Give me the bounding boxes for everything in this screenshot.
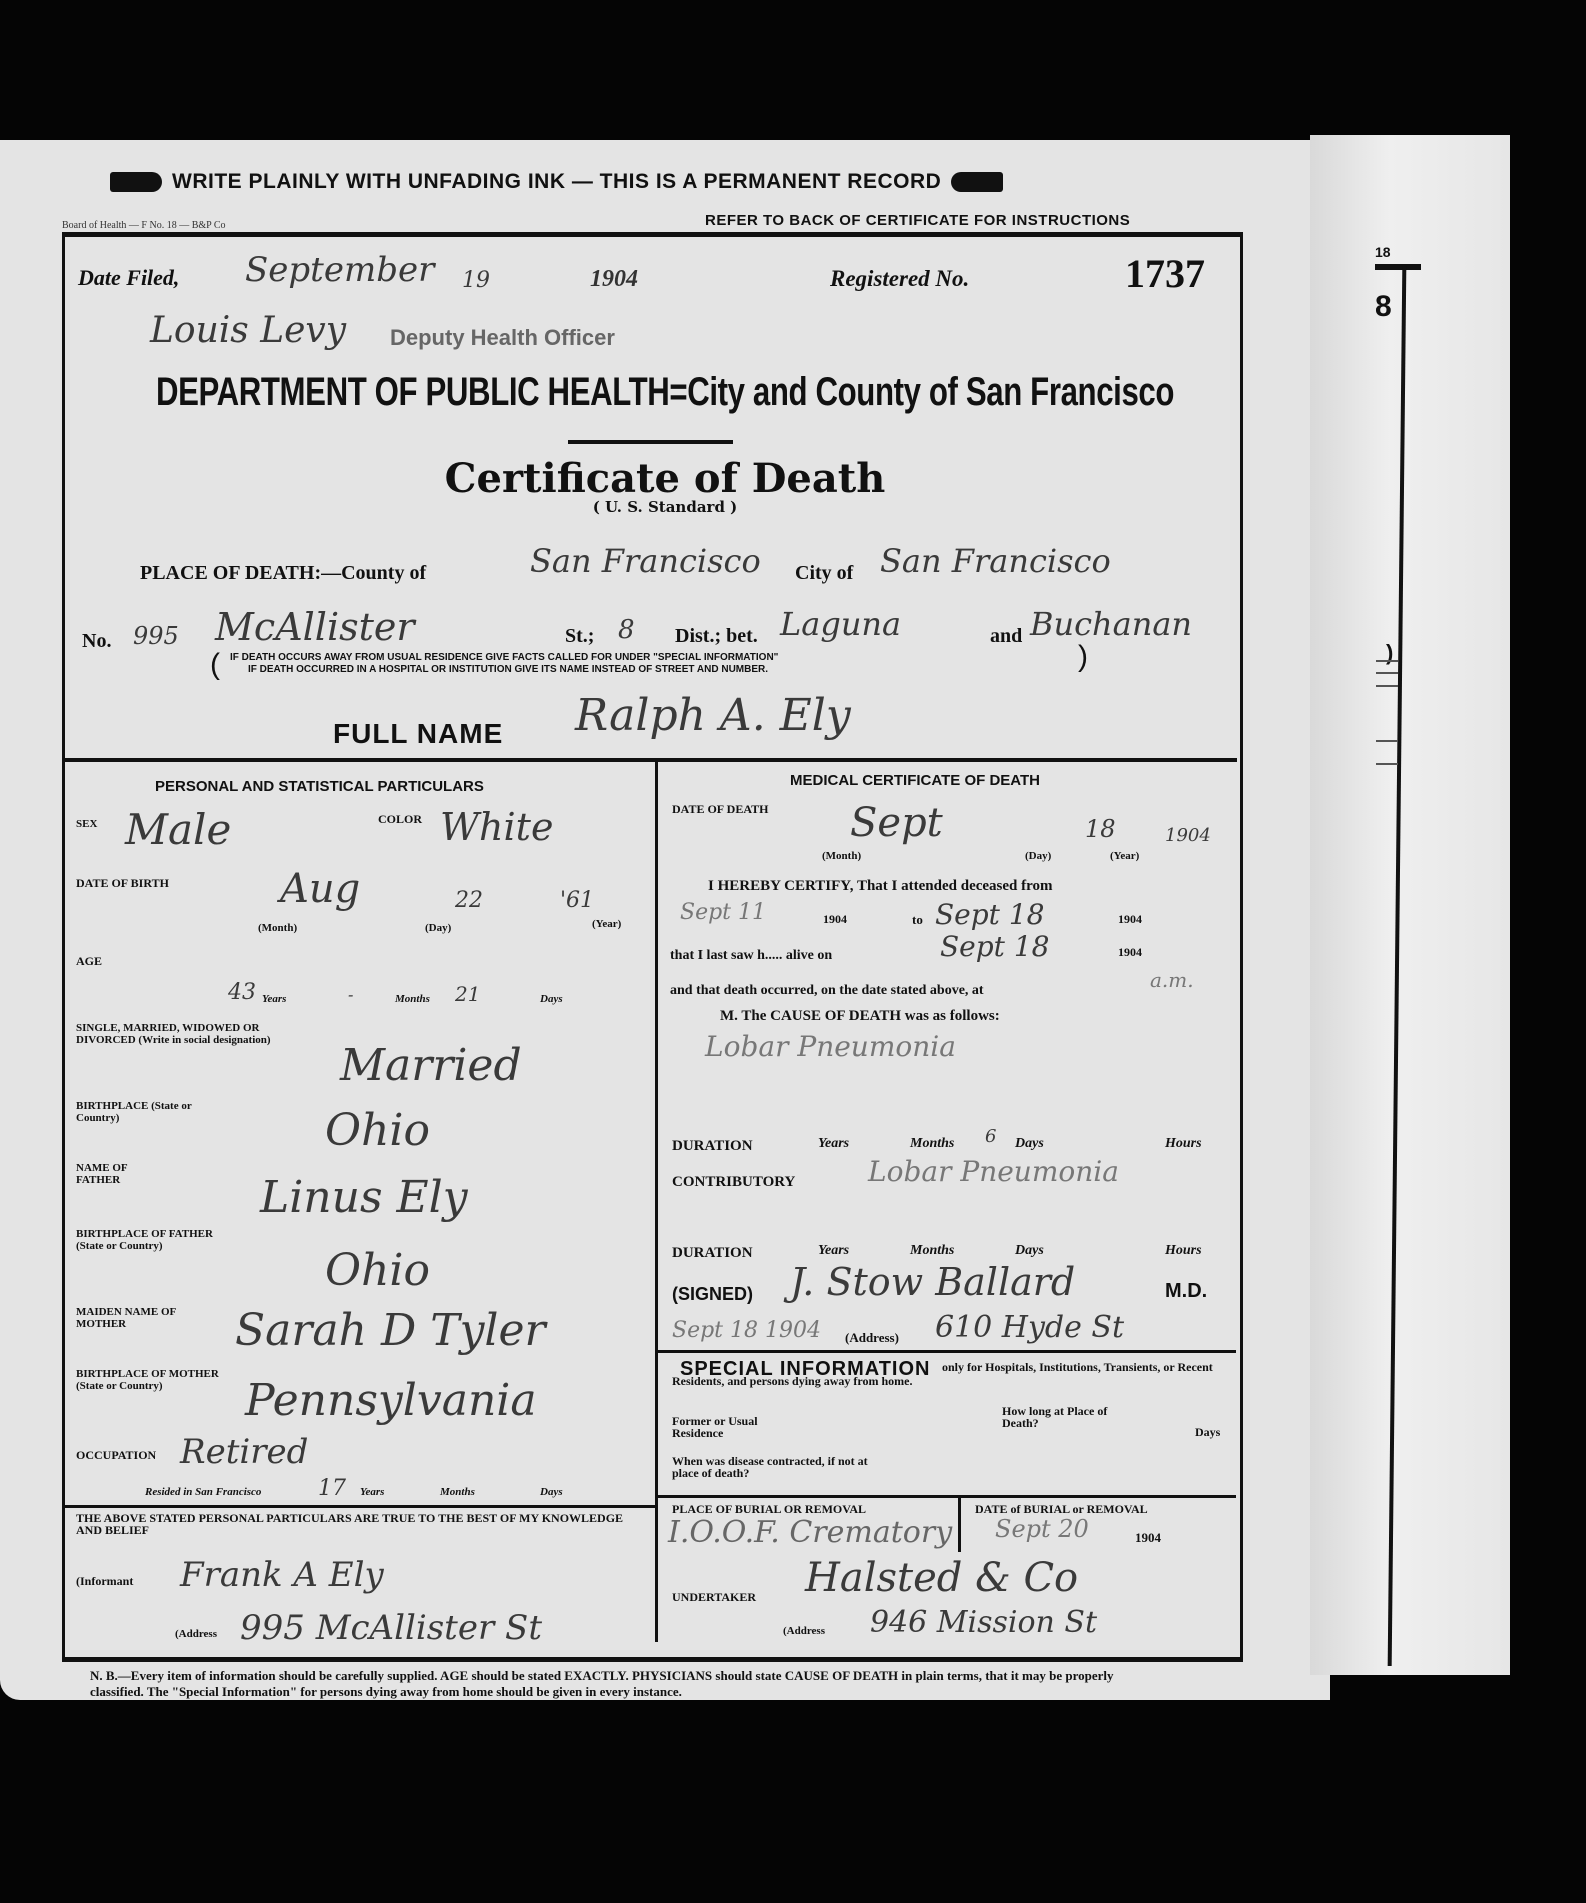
- duration-2-label: DURATION: [672, 1245, 753, 1262]
- age-years: 43: [228, 980, 256, 1005]
- special-divider: [658, 1350, 1236, 1353]
- street-no-value: 995: [133, 622, 179, 650]
- signed-label: (SIGNED): [672, 1284, 753, 1305]
- birthplace-label: BIRTHPLACE (State or Country): [76, 1100, 226, 1124]
- how-long-days-caption: Days: [1195, 1425, 1220, 1440]
- mother-value: Sarah D Tyler: [235, 1305, 546, 1356]
- dob-label: DATE OF BIRTH: [76, 876, 169, 891]
- burial-year-value: 1904: [1135, 1530, 1161, 1546]
- st-label: St.;: [565, 625, 594, 648]
- edge-tick: [1376, 763, 1398, 765]
- registered-number: 1737: [1125, 250, 1205, 297]
- city-value: San Francisco: [880, 542, 1111, 580]
- section-divider: [62, 758, 1237, 762]
- title-rule: [568, 440, 733, 444]
- dob-month: Aug: [280, 866, 360, 912]
- cause-value: Lobar Pneumonia: [705, 1030, 956, 1063]
- attended-from: Sept 11: [680, 900, 766, 925]
- date-filed-day: 19: [462, 268, 490, 293]
- dod-label: DATE OF DEATH: [672, 802, 768, 817]
- duration-hours-caption: Hours: [1165, 1136, 1202, 1152]
- banner: WRITE PLAINLY WITH UNFADING INK — THIS I…: [110, 170, 1003, 194]
- resided-years-caption: Years: [360, 1486, 384, 1498]
- attended-from-year: 1904: [823, 912, 847, 927]
- refer-instructions: REFER TO BACK OF CERTIFICATE FOR INSTRUC…: [705, 212, 1130, 229]
- sex-value: Male: [125, 805, 231, 854]
- month-caption: (Month): [258, 922, 297, 934]
- cause-label: M. The CAUSE OF DEATH was as follows:: [720, 1008, 1000, 1025]
- attended-to-year: 1904: [1118, 912, 1142, 927]
- dod-month-caption: (Month): [822, 850, 861, 862]
- between-street-2: Buchanan: [1030, 605, 1192, 643]
- officer-signature: Louis Levy: [150, 310, 346, 351]
- father-label: NAME OF FATHER: [76, 1162, 156, 1186]
- age-months-caption: Months: [395, 993, 430, 1005]
- marital-label: SINGLE, MARRIED, WIDOWED OR DIVORCED (Wr…: [76, 1022, 296, 1046]
- marital-value: Married: [340, 1040, 522, 1091]
- edge-page-number: 8: [1375, 290, 1392, 324]
- attended-to: Sept 18: [935, 898, 1044, 931]
- sex-label: SEX: [76, 818, 97, 830]
- duration-years-caption: Years: [818, 1136, 849, 1152]
- edge-tick: [1376, 660, 1398, 662]
- officer-title: Deputy Health Officer: [390, 325, 615, 351]
- medical-heading: MEDICAL CERTIFICATE OF DEATH: [790, 772, 1040, 789]
- street-no-label: No.: [82, 630, 111, 653]
- duration-2-hours-caption: Hours: [1165, 1243, 1202, 1259]
- dod-day-caption: (Day): [1025, 850, 1051, 862]
- between-street-1: Laguna: [780, 605, 901, 643]
- md-label: M.D.: [1165, 1280, 1207, 1303]
- year-caption: (Year): [592, 918, 621, 930]
- burial-place-value: I.O.O.F. Crematory: [668, 1515, 952, 1550]
- dod-year-caption: (Year): [1110, 850, 1139, 862]
- personal-heading: PERSONAL AND STATISTICAL PARTICULARS: [155, 778, 484, 795]
- informant-address-value: 995 McAllister St: [240, 1608, 542, 1648]
- age-days: 21: [455, 982, 480, 1006]
- father-value: Linus Ely: [260, 1172, 468, 1223]
- dob-day: 22: [455, 888, 483, 913]
- mother-birthplace-label: BIRTHPLACE OF MOTHER (State or Country): [76, 1368, 226, 1392]
- signed-date: Sept 18 1904: [672, 1318, 821, 1343]
- undertaker-label: UNDERTAKER: [672, 1590, 756, 1605]
- duration-2-days-caption: Days: [1015, 1243, 1044, 1259]
- note-line-1: IF DEATH OCCURS AWAY FROM USUAL RESIDENC…: [230, 652, 778, 664]
- duration-2-months-caption: Months: [910, 1243, 954, 1259]
- duration-label: DURATION: [672, 1138, 753, 1155]
- physician-signature: J. Stow Ballard: [790, 1260, 1075, 1304]
- mother-label: MAIDEN NAME OF MOTHER: [76, 1306, 206, 1330]
- resided-label: Resided in San Francisco: [145, 1486, 261, 1498]
- informant-label: (Informant: [76, 1574, 133, 1589]
- last-saw-label: that I last saw h..... alive on: [670, 948, 832, 964]
- mother-birthplace-value: Pennsylvania: [245, 1375, 537, 1426]
- attest-text: THE ABOVE STATED PERSONAL PARTICULARS AR…: [76, 1512, 646, 1536]
- full-name-label: FULL NAME: [333, 718, 503, 750]
- how-long-label: How long at Place of Death?: [1002, 1405, 1112, 1429]
- day-caption: (Day): [425, 922, 451, 934]
- dist-bet-label: Dist.; bet.: [675, 625, 758, 648]
- certify-text: I HEREBY CERTIFY, That I attended deceas…: [708, 878, 1053, 895]
- date-filed-year: 1904: [590, 266, 638, 293]
- standard-subtitle: ( U. S. Standard ): [0, 498, 1330, 516]
- last-saw-year: 1904: [1118, 945, 1142, 960]
- pointing-hand-icon: [951, 172, 1003, 192]
- edge-tick: [1376, 685, 1398, 687]
- father-birthplace-value: Ohio: [325, 1245, 430, 1296]
- age-years-caption: Years: [262, 993, 286, 1005]
- burial-date-value: Sept 20: [995, 1515, 1089, 1543]
- father-birthplace-label: BIRTHPLACE OF FATHER (State or Country): [76, 1228, 226, 1252]
- color-label: COLOR: [378, 812, 422, 827]
- column-divider: [655, 762, 658, 1642]
- form-info: Board of Health — F No. 18 — B&P Co: [62, 220, 226, 231]
- edge-label-top: 18: [1375, 244, 1391, 260]
- edge-tick: [1376, 740, 1398, 742]
- special-subheading: only for Hospitals, Institutions, Transi…: [672, 1360, 1227, 1388]
- former-residence-label: Former or Usual Residence: [672, 1415, 772, 1439]
- district-value: 8: [618, 615, 635, 645]
- age-days-caption: Days: [540, 993, 563, 1005]
- physician-address-label: (Address): [845, 1330, 899, 1346]
- duration-days-value: 6: [985, 1126, 996, 1147]
- certificate-title: Certificate of Death: [0, 455, 1330, 502]
- full-name-value: Ralph A. Ely: [575, 690, 851, 741]
- occupation-value: Retired: [180, 1432, 308, 1472]
- undertaker-address-value: 946 Mission St: [870, 1605, 1097, 1640]
- occupation-label: OCCUPATION: [76, 1448, 156, 1463]
- undertaker-address-label: (Address: [783, 1625, 825, 1637]
- department-title: DEPARTMENT OF PUBLIC HEALTH=City and Cou…: [146, 370, 1183, 415]
- note-paren-left: (: [210, 648, 220, 682]
- age-label: AGE: [76, 954, 102, 969]
- date-filed-label: Date Filed,: [78, 265, 179, 291]
- resided-years: 17: [318, 1476, 346, 1501]
- resided-months-caption: Months: [440, 1486, 475, 1498]
- street-value: McAllister: [215, 605, 415, 649]
- date-filed-month: September: [245, 250, 434, 290]
- burial-column-divider: [958, 1497, 961, 1552]
- edge-paren: ): [1386, 640, 1393, 666]
- dod-month: Sept: [850, 800, 943, 846]
- registered-label: Registered No.: [830, 266, 969, 292]
- contributory-value: Lobar Pneumonia: [868, 1155, 1119, 1188]
- age-months: -: [348, 985, 353, 1004]
- contracted-label: When was disease contracted, if not at p…: [672, 1455, 872, 1479]
- dob-year: '61: [560, 888, 594, 913]
- birthplace-value: Ohio: [325, 1105, 430, 1156]
- city-label: City of: [795, 562, 853, 585]
- contributory-label: CONTRIBUTORY: [672, 1174, 795, 1191]
- edge-tick: [1376, 672, 1398, 674]
- pointing-hand-icon: [110, 172, 162, 192]
- footnote-text: N. B.—Every item of information should b…: [90, 1668, 1140, 1700]
- last-saw-date: Sept 18: [940, 930, 1049, 963]
- informant-value: Frank A Ely: [180, 1555, 384, 1595]
- note-paren-right: ): [1078, 640, 1088, 674]
- attest-divider: [62, 1505, 657, 1508]
- edge-rule: [1375, 264, 1421, 270]
- banner-text: WRITE PLAINLY WITH UNFADING INK — THIS I…: [172, 170, 941, 194]
- duration-2-years-caption: Years: [818, 1243, 849, 1259]
- color-value: White: [440, 805, 553, 849]
- dod-year: 1904: [1165, 825, 1211, 846]
- physician-address-value: 610 Hyde St: [935, 1310, 1124, 1345]
- dod-day: 18: [1085, 815, 1116, 843]
- duration-months-caption: Months: [910, 1136, 954, 1152]
- note-line-2: IF DEATH OCCURRED IN A HOSPITAL OR INSTI…: [248, 664, 768, 676]
- duration-days-caption: Days: [1015, 1136, 1044, 1152]
- and-label: and: [990, 625, 1022, 648]
- burial-divider: [658, 1495, 1236, 1498]
- to-label: to: [912, 912, 923, 928]
- place-of-death-label: PLACE OF DEATH:—County of: [140, 562, 426, 585]
- undertaker-value: Halsted & Co: [805, 1555, 1078, 1601]
- adjacent-page-edge: [1310, 135, 1510, 1675]
- informant-address-label: (Address: [175, 1628, 217, 1640]
- resided-days-caption: Days: [540, 1486, 563, 1498]
- county-value: San Francisco: [530, 542, 761, 580]
- death-occurred-label: and that death occurred, on the date sta…: [670, 983, 984, 999]
- death-occurred-time: a.m.: [1150, 968, 1194, 992]
